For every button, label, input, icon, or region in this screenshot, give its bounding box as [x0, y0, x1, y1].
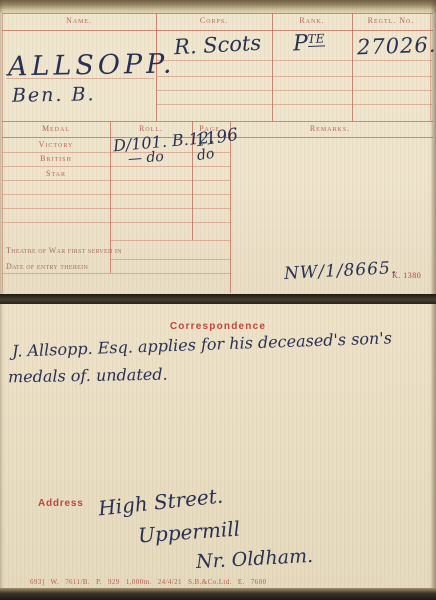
rule-line — [2, 180, 231, 181]
rule-line — [110, 240, 231, 241]
rule-line — [2, 222, 231, 223]
card-front: Name. Corps. Rank. Regtl. No. ALLSOPP. B… — [0, 0, 436, 294]
medal-row-british-label: British — [2, 154, 110, 163]
regtl-no-column-header: Regtl. No. — [352, 16, 430, 25]
surname-value: ALLSOPP. — [8, 51, 176, 81]
reference-number: NW/1/8665. — [284, 260, 398, 283]
card-back: Correspondence J. Allsopp. Esq. applies … — [0, 304, 436, 590]
card-left-edge — [0, 304, 4, 590]
theatre-of-war-label: Theatre of War first served in — [6, 246, 156, 255]
medal-column-header: Medal — [2, 124, 110, 133]
medal-row-star-label: Star — [2, 169, 110, 178]
remarks-column-header: Remarks. — [230, 124, 430, 133]
rule-line — [156, 104, 432, 105]
rule-line — [2, 166, 231, 167]
rank-column-header: Rank. — [272, 16, 352, 25]
forename-value: Ben. B. — [12, 85, 96, 105]
rule-line — [110, 259, 231, 260]
medal-row-victory-label: Victory — [2, 140, 110, 149]
rule-line — [2, 30, 433, 31]
address-line2: Uppermill — [137, 518, 240, 545]
corps-value: R. Scots — [174, 33, 262, 59]
form-code: K. 1380 — [392, 271, 421, 280]
medal-index-card-scan: Name. Corps. Rank. Regtl. No. ALLSOPP. B… — [0, 0, 436, 600]
regimental-number-value: 27026. — [357, 35, 436, 59]
card-bottom-edge — [0, 588, 436, 600]
rule-line — [352, 13, 353, 121]
rank-value: PTE — [293, 32, 325, 55]
rule-line — [2, 273, 231, 274]
rule-line — [2, 194, 231, 195]
card-right-edge — [430, 304, 436, 590]
rule-line — [156, 90, 432, 91]
address-line1: High Street. — [97, 486, 224, 519]
rule-line — [2, 13, 3, 293]
british-page-ditto: do — [196, 147, 215, 163]
address-label: Address — [38, 498, 84, 509]
card-top-edge — [0, 0, 436, 13]
rule-line — [2, 13, 433, 14]
name-column-header: Name. — [2, 16, 156, 25]
rule-line — [2, 121, 433, 122]
card-right-edge — [430, 0, 436, 294]
british-roll-ditto: — do — [128, 150, 165, 166]
date-of-entry-label: Date of entry therein — [6, 262, 156, 271]
address-line3: Nr. Oldham. — [196, 547, 314, 572]
correspondence-note-line2: medals of. undated. — [8, 367, 168, 386]
rule-line — [2, 208, 231, 209]
rule-line — [156, 76, 432, 77]
corps-column-header: Corps. — [156, 16, 272, 25]
card-gap-shadow — [0, 294, 436, 304]
rule-line — [272, 13, 273, 121]
rule-line — [230, 121, 231, 293]
correspondence-note-line1: J. Allsopp. Esq. applies for his decease… — [12, 330, 392, 359]
printer-imprint: 693] W. 7611/B. P. 929 1,000m. 24/4/21 S… — [30, 578, 267, 586]
rule-line — [156, 60, 432, 61]
